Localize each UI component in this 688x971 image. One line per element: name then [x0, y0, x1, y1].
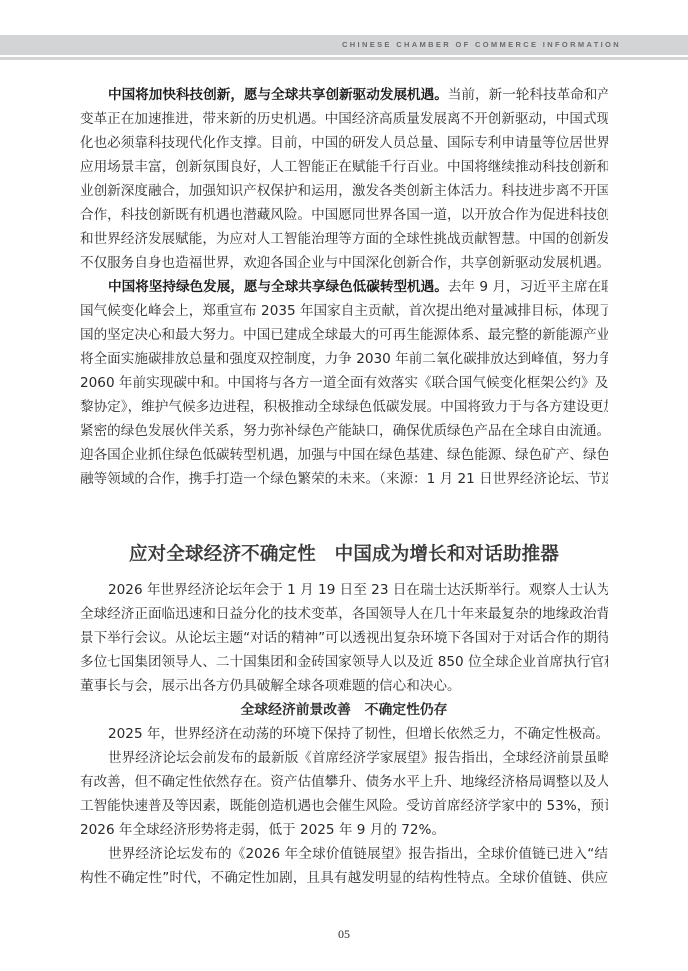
text-line: 景下举行会议。从论坛主题“对话的精神”可以透视出复杂环境下各国对于对话合作的期待… [80, 626, 608, 650]
paragraph-value-chain: 世界经济论坛发布的《2026 年全球价值链展望》报告指出，全球价值链已进入“结 … [80, 842, 608, 890]
paragraph-green-development: 中国将坚持绿色发展，愿与全球共享绿色低碳转型机遇。去年 9 月，习近平主席在联合… [80, 275, 608, 491]
text-line: 董事长与会，展示出各方仍具破解全球各项难题的信心和决心。 [80, 674, 608, 698]
text-line: 中国将坚持绿色发展，愿与全球共享绿色低碳转型机遇。去年 9 月，习近平主席在联合 [80, 275, 608, 299]
section-tech-green: 中国将加快科技创新，愿与全球共享创新驱动发展机遇。当前，新一轮科技革命和产业 变… [80, 83, 608, 491]
text-line: 2026 年世界经济论坛年会于 1 月 19 日至 23 日在瑞士达沃斯举行。观… [80, 578, 608, 602]
lead-sentence: 中国将加快科技创新，愿与全球共享创新驱动发展机遇。 [108, 87, 448, 103]
text-line: 融等领域的合作，携手打造一个绿色繁荣的未来。（来源：1 月 21 日世界经济论坛… [80, 467, 608, 491]
text-line: 业创新深度融合，加强知识产权保护和运用，激发各类创新主体活力。科技进步离不开国际 [80, 179, 608, 203]
text-line: 工智能快速普及等因素，既能创造机遇也会催生风险。受访首席经济学家中的 53%，预… [80, 794, 608, 818]
text-line: 合作，科技创新既有机遇也潜藏风险。中国愿同世界各国一道，以开放合作为促进科技创新 [80, 203, 608, 227]
text-line: 黎协定》，维护气候多边进程，积极推动全球绿色低碳发展。中国将致力于与各方建设更加 [80, 395, 608, 419]
paragraph-tech-innovation: 中国将加快科技创新，愿与全球共享创新驱动发展机遇。当前，新一轮科技革命和产业 变… [80, 83, 608, 275]
page-number: 05 [0, 927, 688, 942]
text-line: 有改善，但不确定性依然存在。资产估值攀升、债务水平上升、地缘经济格局调整以及人 [80, 770, 608, 794]
text-line: 和世界经济发展赋能，为应对人工智能治理等方面的全球性挑战贡献智慧。中国的创新发展 [80, 227, 608, 251]
paragraph-2025: 2025 年，世界经济在动荡的环境下保持了韧性，但增长依然乏力，不确定性极高。 [80, 722, 608, 746]
subheading: 全球经济前景改善 不确定性仍存 [80, 698, 608, 722]
text-line: 紧密的绿色发展伙伴关系，努力弥补绿色产能缺口，确保优质绿色产品在全球自由流通。欢 [80, 419, 608, 443]
text-line: 化也必须靠科技现代化作支撑。目前，中国的研发人员总量、国际专利申请量等位居世界第… [80, 131, 608, 155]
text-line: 构性不确定性”时代，不确定性加剧，且具有越发明显的结构性特点。全球价值链、供应 [80, 866, 608, 890]
text-line: 迎各国企业抓住绿色低碳转型机遇，加强与中国在绿色基建、绿色能源、绿色矿产、绿色金 [80, 443, 608, 467]
text-line: 国的坚定决心和最大努力。中国已建成全球最大的可再生能源体系、最完整的新能源产业链… [80, 323, 608, 347]
text-line: 国气候变化峰会上，郑重宣布 2035 年国家自主贡献，首次提出绝对量减排目标，体… [80, 299, 608, 323]
text-line: 2060 年前实现碳中和。中国将与各方一道全面有效落实《联合国气候变化框架公约》… [80, 371, 608, 395]
header-rule [0, 57, 688, 60]
text-line: 不仅服务自身也造福世界，欢迎各国企业与中国深化创新合作，共享创新驱动发展机遇。 [80, 251, 608, 275]
text-line: 变革正在加速推进，带来新的历史机遇。中国经济高质量发展离不开创新驱动，中国式现代 [80, 107, 608, 131]
text-line: 全球经济正面临迅速和日益分化的技术变革，各国领导人在几十年来最复杂的地缘政治背 [80, 602, 608, 626]
text-line: 2026 年全球经济形势将走弱，低于 2025 年 9 月的 72%。 [80, 818, 608, 842]
text-line: 将全面实施碳排放总量和强度双控制度，力争 2030 年前二氧化碳排放达到峰值，努… [80, 347, 608, 371]
paragraph-intro: 2026 年世界经济论坛年会于 1 月 19 日至 23 日在瑞士达沃斯举行。观… [80, 578, 608, 698]
lead-sentence: 中国将坚持绿色发展，愿与全球共享绿色低碳转型机遇。 [108, 279, 448, 295]
text-line: 应用场景丰富，创新氛围良好，人工智能正在赋能千行百业。中国将继续推动科技创新和产 [80, 155, 608, 179]
article-title: 应对全球经济不确定性 中国成为增长和对话助推器 [0, 540, 688, 566]
paragraph-outlook: 世界经济论坛会前发布的最新版《首席经济学家展望》报告指出，全球经济前景虽略 有改… [80, 746, 608, 842]
running-title: CHINESE CHAMBER OF COMMERCE INFORMATION [342, 40, 621, 49]
text-line: 多位七国集团领导人、二十国集团和金砖国家领导人以及近 850 位全球企业首席执行… [80, 650, 608, 674]
text-line: 世界经济论坛会前发布的最新版《首席经济学家展望》报告指出，全球经济前景虽略 [80, 746, 608, 770]
text-line: 中国将加快科技创新，愿与全球共享创新驱动发展机遇。当前，新一轮科技革命和产业 [80, 83, 608, 107]
section-global-economy: 2026 年世界经济论坛年会于 1 月 19 日至 23 日在瑞士达沃斯举行。观… [80, 578, 608, 890]
text-line: 世界经济论坛发布的《2026 年全球价值链展望》报告指出，全球价值链已进入“结 [80, 842, 608, 866]
